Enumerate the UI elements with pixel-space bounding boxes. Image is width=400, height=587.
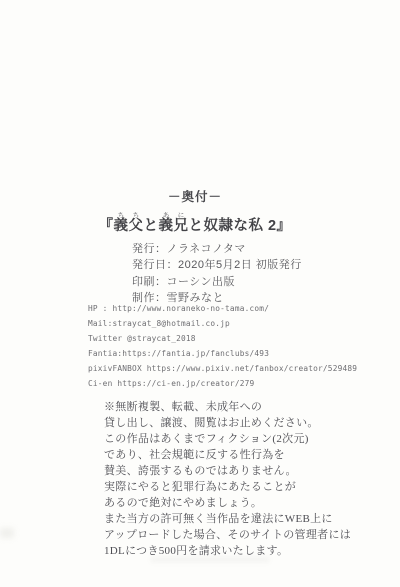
legal-notice-line: 賛美、誇張するものではありません。 bbox=[104, 463, 351, 479]
publication-separator: ： bbox=[155, 276, 167, 288]
title-word-stepbrother-furigana: あに bbox=[158, 212, 188, 219]
publication-info: 発行：ノラネコノタマ 発行日：2020年5月2日 初版発行 印刷：コーシン出版 … bbox=[132, 241, 302, 306]
publication-separator: ： bbox=[155, 243, 167, 255]
title-open-bracket: 『 bbox=[98, 218, 113, 234]
publication-label: 印刷 bbox=[132, 276, 155, 288]
title-word-stepbrother: 義兄あに bbox=[158, 218, 188, 234]
legal-notice-line: この作品はあくまでフィクション(2次元) bbox=[104, 431, 351, 447]
publication-label: 発行 bbox=[132, 243, 155, 255]
title-word-stepbrother-base: 義兄 bbox=[158, 218, 188, 234]
publication-value: ノラネコノタマ bbox=[167, 243, 246, 255]
contact-line-pixiv-fanbox: pixivFANBOX https://www.pixiv.net/fanbox… bbox=[88, 362, 357, 377]
title-word-stepfather-furigana: ちち bbox=[113, 212, 143, 219]
legal-notice-line: 実際にやると犯罪行為にあたることが bbox=[104, 479, 351, 495]
title-conjunction: と bbox=[143, 218, 158, 234]
colophon-page: －奥付－ 『義父ちちと義兄あにと奴隷な私 2』 発行：ノラネコノタマ 発行日：2… bbox=[0, 0, 400, 587]
publication-label: 発行日 bbox=[132, 259, 167, 271]
contact-line-twitter: Twitter @straycat_2018 bbox=[88, 332, 357, 347]
legal-notice-line: また当方の許可無く当作品を違法にWEB上に bbox=[104, 511, 351, 527]
title-rest: と奴隷な私 2 bbox=[188, 218, 276, 234]
contact-info: HP : http://www.noraneko-no-tama.com/ Ma… bbox=[88, 302, 357, 391]
publication-separator: ： bbox=[167, 259, 179, 271]
contact-line-mail: Mail:straycat_8@hotmail.co.jp bbox=[88, 317, 357, 332]
contact-line-ci-en: Ci-en https://ci-en.jp/creator/279 bbox=[88, 377, 357, 392]
legal-notice: ※無断複製、転載、未成年への 貸し出し、譲渡、閲覧はお止めください。 この作品は… bbox=[104, 399, 351, 559]
publication-value: コーシン出版 bbox=[167, 276, 236, 288]
legal-notice-line: アップロードした場合、そのサイトの管理者には bbox=[104, 527, 351, 543]
title-word-stepfather: 義父ちち bbox=[113, 218, 143, 234]
publication-row-publisher: 発行：ノラネコノタマ bbox=[132, 241, 302, 257]
publication-value: 2020年5月2日 初版発行 bbox=[178, 259, 302, 271]
colophon-header: －奥付－ bbox=[0, 190, 390, 204]
legal-notice-line: ※無断複製、転載、未成年への bbox=[104, 399, 351, 415]
contact-line-homepage: HP : http://www.noraneko-no-tama.com/ bbox=[88, 302, 357, 317]
legal-notice-line: あるので絶対にやめましょう。 bbox=[104, 495, 351, 511]
publication-row-printer: 印刷：コーシン出版 bbox=[132, 274, 302, 290]
book-title: 『義父ちちと義兄あにと奴隷な私 2』 bbox=[0, 212, 390, 235]
scan-bleedthrough-artifact bbox=[150, 556, 270, 563]
title-word-stepfather-base: 義父 bbox=[113, 218, 143, 234]
title-close-bracket: 』 bbox=[277, 218, 292, 234]
legal-notice-line: であり、社会規範に反する性行為を bbox=[104, 447, 351, 463]
legal-notice-line: 貸し出し、譲渡、閲覧はお止めください。 bbox=[104, 415, 351, 431]
scan-edge-artifact bbox=[0, 528, 14, 538]
publication-row-date: 発行日：2020年5月2日 初版発行 bbox=[132, 257, 302, 273]
contact-line-fantia: Fantia:https://fantia.jp/fanclubs/493 bbox=[88, 347, 357, 362]
